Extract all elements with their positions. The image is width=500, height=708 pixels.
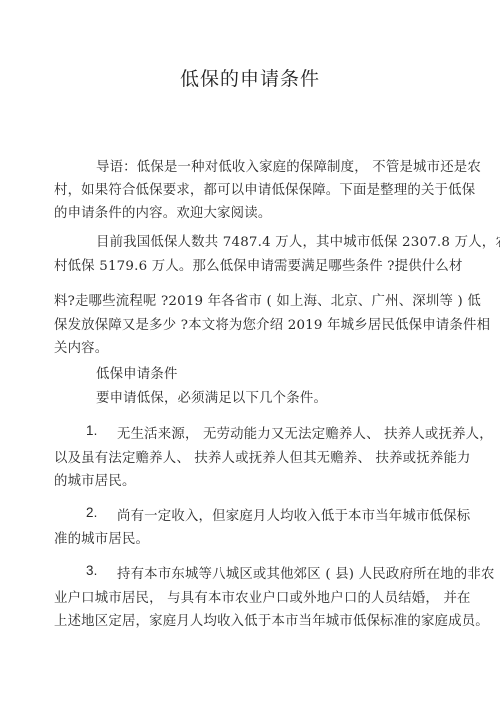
section-lead: 要申请低保，必须满足以下几个条件。 (96, 387, 327, 406)
condition-line: 准的城市居民。 (54, 528, 149, 547)
stats-line-4: 保发放保障又是多少 ?本文将为您介绍 2019 年城乡居民低保申请条件相 (54, 314, 490, 333)
condition-number: 2. (86, 505, 98, 520)
stats-line-2: 村低保 5179.6 万人。那么低保申请需要满足哪些条件 ?提供什么材 (54, 255, 463, 274)
condition-line: 业户口城市居民， 与具有本市农业户口或外地户口的人员结婚， 并在 (54, 587, 471, 606)
condition-line: 无生活来源， 无劳动能力又无法定赡养人、 扶养人或抚养人， (117, 423, 493, 442)
condition-number: 3. (86, 563, 98, 578)
intro-line-1: 导语：低保是一种对低收入家庭的保障制度， 不管是城市还是农 (96, 156, 481, 175)
condition-line: 上述地区定居，家庭月人均收入低于本市当年城市低保标准的家庭成员。 (54, 610, 489, 629)
condition-line: 以及虽有法定赡养人、 扶养人或抚养人但其无赡养、 扶养或抚养能力 (54, 447, 471, 466)
intro-line-3: 的申请条件的内容。欢迎大家阅读。 (54, 202, 271, 221)
condition-line: 持有本市东城等八城区或其他郊区 ( 县) 人民政府所在地的非农 (117, 563, 495, 582)
stats-line-5: 关内容。 (54, 337, 108, 356)
document-title: 低保的申请条件 (0, 64, 500, 91)
intro-line-2: 村，如果符合低保要求，都可以申请低保保障。下面是整理的关于低保 (54, 179, 475, 198)
condition-number: 1. (86, 423, 98, 438)
condition-line: 尚有一定收入，但家庭月人均收入低于本市当年城市低保标 (117, 505, 470, 524)
section-heading: 低保申请条件 (96, 363, 178, 382)
stats-line-1: 目前我国低保人数共 7487.4 万人，其中城市低保 2307.8 万人，农 (96, 231, 500, 250)
stats-line-3: 料?走哪些流程呢 ?2019 年各省市 ( 如上海、北京、广州、深圳等 ) 低 (54, 290, 481, 309)
condition-line: 的城市居民。 (54, 470, 136, 489)
